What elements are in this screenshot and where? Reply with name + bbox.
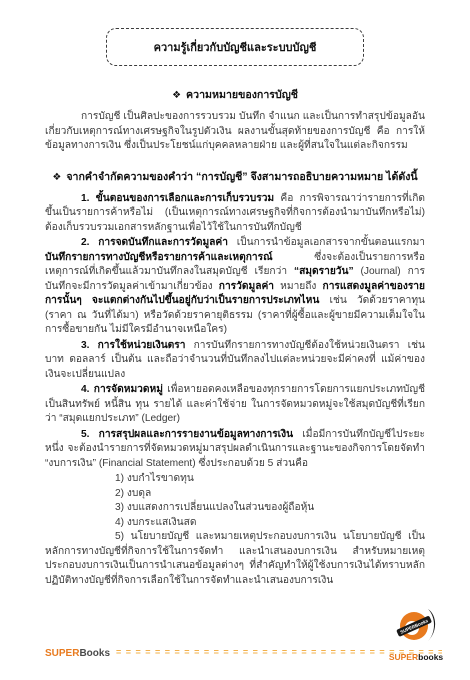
paragraph-step-2: 2. การจดบันทึกและการวัดมูลค่า เป็นการนำข… — [45, 236, 425, 338]
superbooks-logo: SUPERBooks SUPERbooks — [388, 607, 444, 662]
footer-brand-super: SUPER — [45, 648, 79, 659]
list-item: 3) งบแสดงการเปลี่ยนแปลงในส่วนของผู้ถือหุ… — [45, 501, 425, 516]
list-item: 4) งบกระแสเงินสด — [45, 516, 425, 531]
page-title: ความรู้เกี่ยวกับบัญชีและระบบบัญชี — [154, 42, 317, 54]
section-heading-definition: ❖จากคำจำกัดความของคำว่า “การบัญชี” จึงสา… — [45, 168, 425, 185]
logo-wordmark-super: SUPER — [389, 652, 418, 662]
paragraph-fs-item-5: 5) นโยบายบัญชี และหมายเหตุประกอบงบการเงิ… — [45, 530, 425, 588]
paragraph-meaning: การบัญชี เป็นศิลปะของการรวบรวม บันทึก จำ… — [45, 110, 425, 154]
section-heading-definition-label: จากคำจำกัดความของคำว่า “การบัญชี” จึงสาม… — [66, 171, 417, 183]
paragraph-step-4: 4. การจัดหมวดหมู่ เพื่อหายอดคงเหลือของทุ… — [45, 383, 425, 427]
financial-statement-list: 1) งบกำไรขาดทุน 2) งบดุล 3) งบแสดงการเปล… — [45, 472, 425, 530]
diamond-bullet-icon: ❖ — [172, 90, 181, 101]
section-heading-meaning-label: ความหมายของการบัญชี — [186, 89, 298, 101]
section-heading-meaning: ❖ความหมายของการบัญชี — [45, 86, 425, 103]
footer-brand: SUPERBooks — [45, 648, 110, 659]
paragraph-step-1: 1. ขั้นตอนของการเลือกและการเก็บรวบรวม คื… — [45, 192, 425, 236]
paragraph-step-3: 3. การใช้หน่วยเงินตรา การบันทึกรายการทาง… — [45, 339, 425, 383]
logo-wordmark-books: books — [418, 652, 443, 662]
superbooks-logo-icon: SUPERBooks — [390, 607, 442, 647]
list-item: 2) งบดุล — [45, 487, 425, 502]
diamond-bullet-icon: ❖ — [52, 172, 61, 183]
logo-wordmark: SUPERbooks — [388, 652, 444, 662]
page-footer: SUPERBooks = = = = = = = = = = = = = = =… — [45, 646, 442, 660]
page-content: ความรู้เกี่ยวกับบัญชีและระบบบัญชี ❖ความห… — [45, 28, 425, 589]
document-title-box: ความรู้เกี่ยวกับบัญชีและระบบบัญชี — [106, 28, 364, 66]
paragraph-step-5: 5. การสรุปผลและการรายงานข้อมูลทางการเงิน… — [45, 428, 425, 472]
list-item: 1) งบกำไรขาดทุน — [45, 472, 425, 487]
document-page: { "document": { "title": "ความรู้เกี่ยวก… — [0, 0, 470, 680]
footer-brand-books: Books — [79, 648, 110, 659]
logo-black-swoosh — [428, 609, 435, 641]
